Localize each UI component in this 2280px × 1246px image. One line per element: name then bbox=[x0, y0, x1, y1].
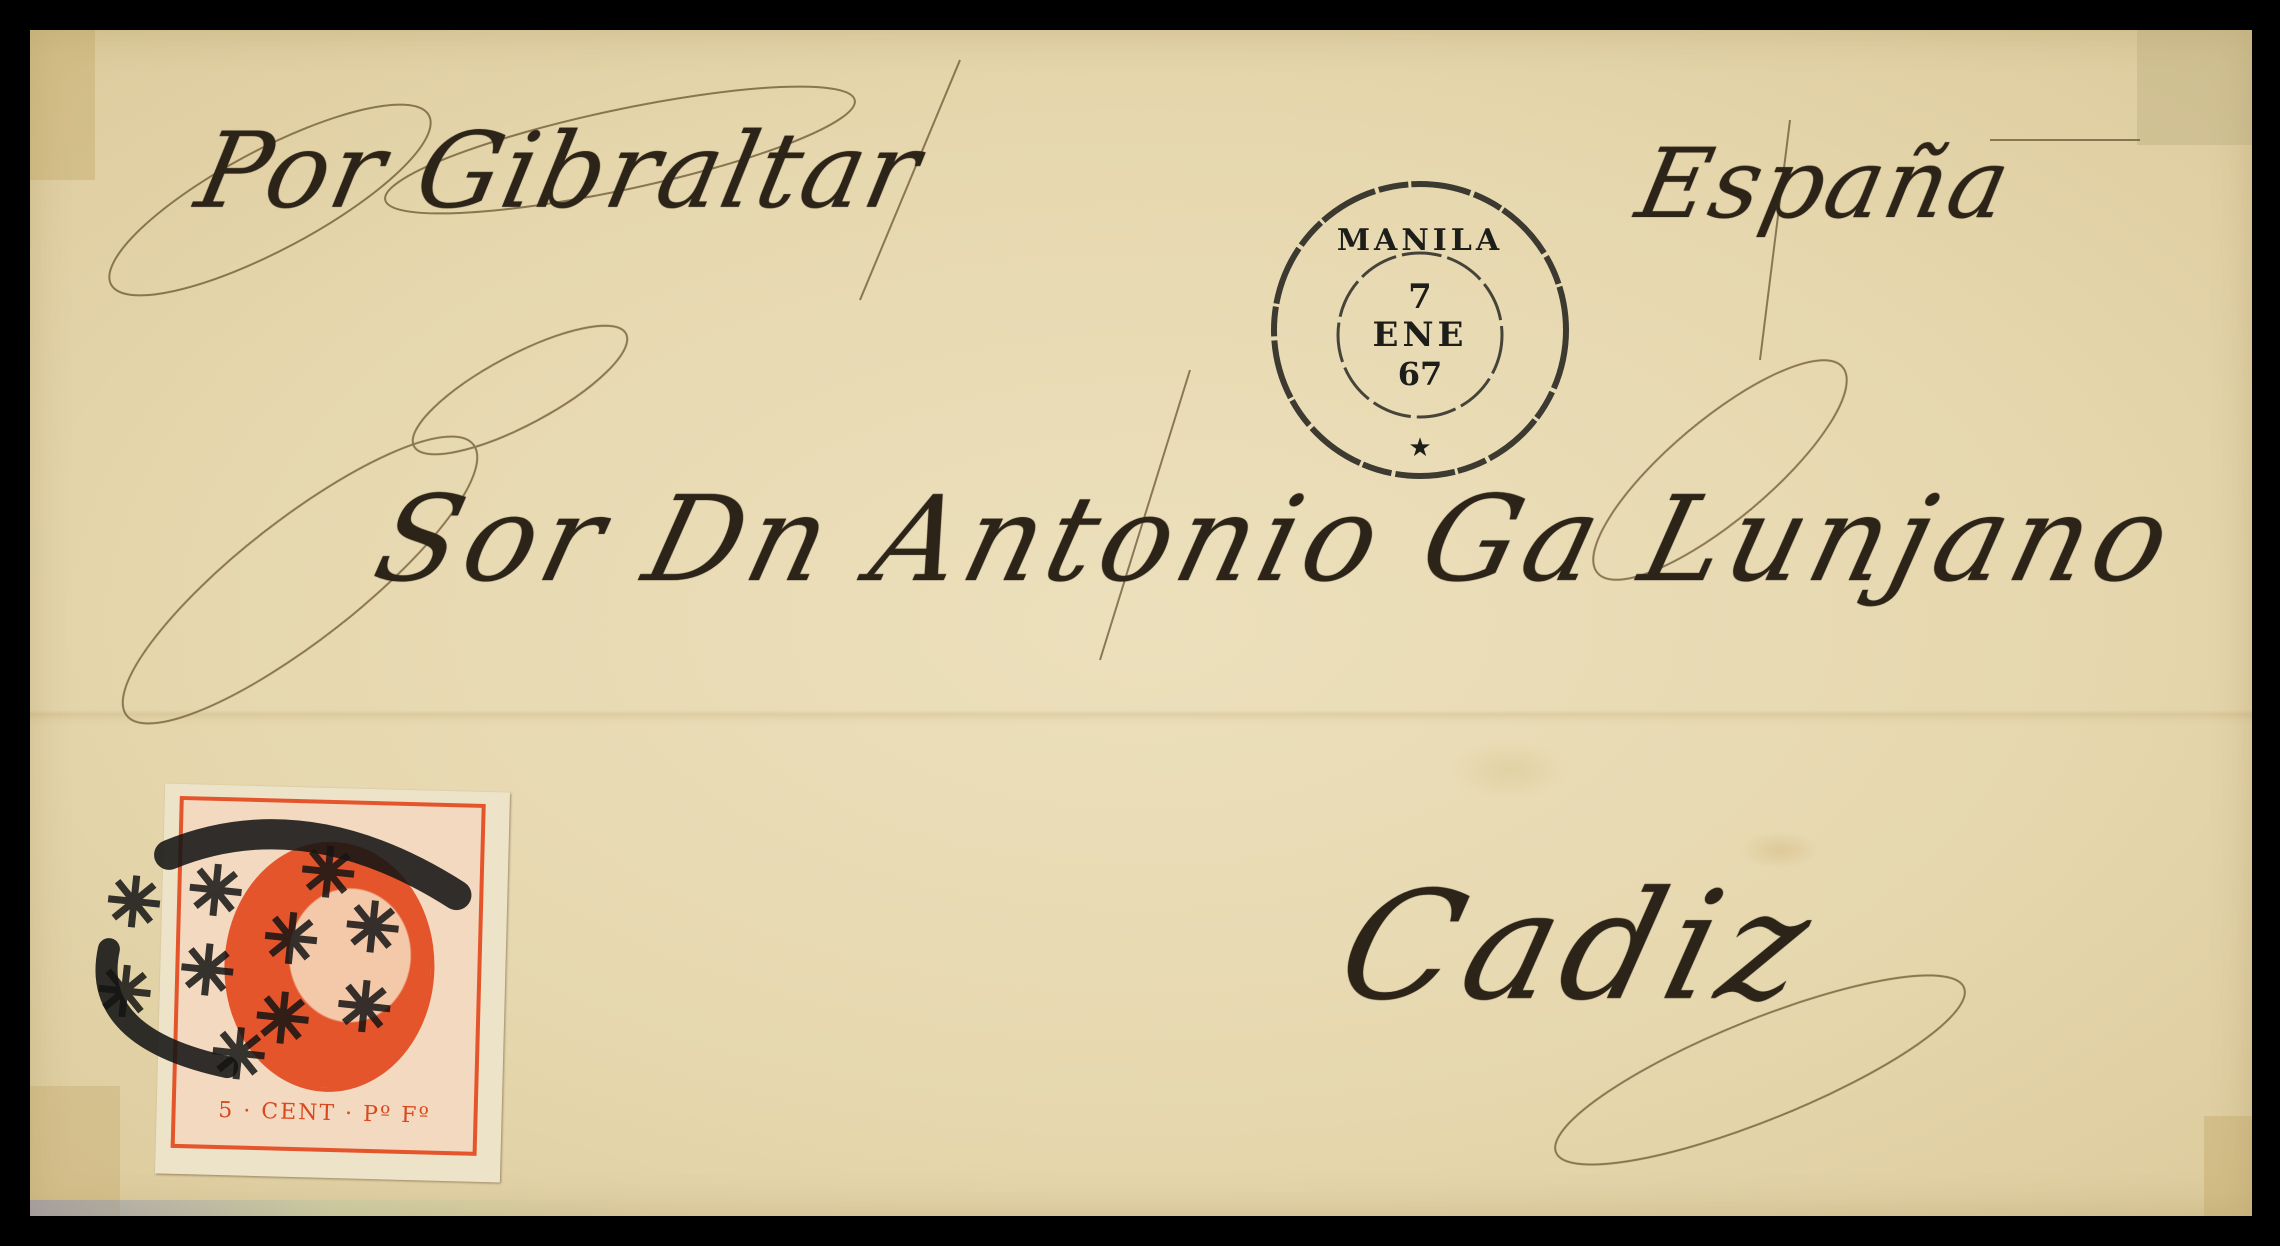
destination-country: España bbox=[1628, 128, 2021, 240]
stain bbox=[2137, 30, 2252, 145]
stain bbox=[30, 30, 95, 180]
edge-tint bbox=[30, 1200, 630, 1216]
postmark-town: MANILA bbox=[1265, 223, 1575, 258]
grill-cancel-icon bbox=[57, 786, 524, 1110]
destination-city: Cadiz bbox=[1323, 860, 1834, 1034]
postmark-month: ENE bbox=[1265, 315, 1575, 355]
star-icon: ★ bbox=[1265, 433, 1575, 463]
postmark-year: 67 bbox=[1265, 355, 1575, 393]
stain bbox=[2204, 1116, 2252, 1216]
postmark: MANILA 7 ENE 67 ★ bbox=[1265, 175, 1575, 485]
addressee-name: Sor Dn Antonio Ga Lunjano bbox=[363, 470, 2190, 608]
postmark-day: 7 bbox=[1265, 277, 1575, 317]
routing-instruction: Por Gibraltar bbox=[187, 110, 931, 232]
stain bbox=[30, 1086, 120, 1216]
